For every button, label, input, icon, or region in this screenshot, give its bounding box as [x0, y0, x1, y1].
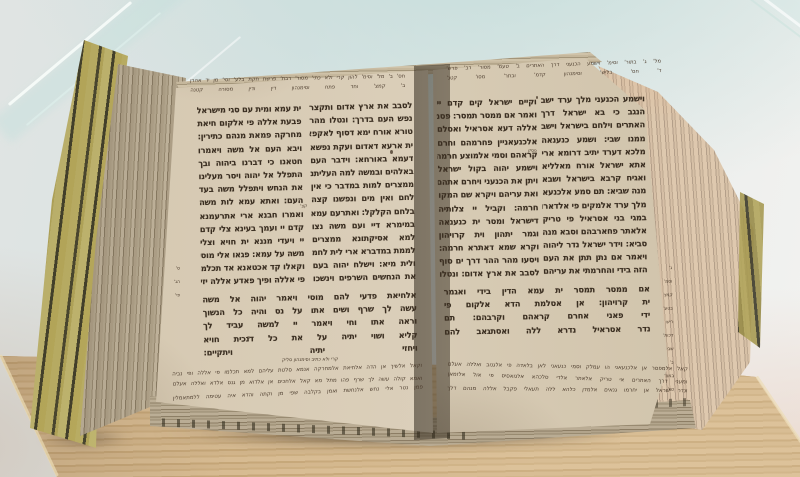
text-line: אלכנעאניין פחרמהם וחרם [437, 135, 537, 150]
text-line: הג' [157, 276, 180, 290]
text-line: שבי [649, 343, 674, 357]
text-line: ב' [649, 356, 674, 370]
left-page-margin-notes: ס'הג'פי' [158, 262, 180, 303]
text-line: את הנחשים השרפים וינשכו [313, 270, 416, 286]
text-line: מלך ערד אלמקים פי אלדארום [542, 198, 646, 213]
text-line: מנה שביא: תם סמע אלכנעאני [542, 184, 646, 199]
photo-scene: חס' ב' מל' וסימ' להון קרי ולא כתי' מסור'… [0, 0, 800, 477]
text-line: בטע' [648, 302, 673, 316]
right-page-bottom-block: אם ממסר תמסר ית עמא הדין בידי ואגמרית קר… [444, 282, 651, 338]
text-line: כת' [650, 383, 675, 397]
right-page-intercolumn-gloss: פסק [528, 148, 537, 153]
text-line: פי אללה ופיך פאדע אללה יזיל [201, 273, 305, 289]
text-line: ואת עריהם ויקרא שם המקום [438, 188, 538, 203]
right-page-column-left: וקיים ישראל קים קדם ייואמר אם ממסר תמסר:… [437, 95, 540, 281]
text-line: קמץ [648, 289, 673, 303]
text-line: אללה דעא אסראיל ואסלם [437, 122, 537, 137]
left-page-intercolumn-gloss: קצ' [300, 204, 307, 209]
text-line: ס' [157, 262, 180, 276]
right-page-column-right: וישמע הכנעני מלך ערד ישבהנגב כי בא ישראל… [541, 92, 648, 278]
text-line: ריש [648, 316, 673, 330]
left-page-column-right: לסבב את ארץ אדום ותקצרנפש העם בדרך: ונטל… [309, 99, 416, 286]
text-line: דכות' [649, 329, 674, 343]
text-line: לסבב את ארץ אדום: ונטלו [439, 267, 539, 282]
text-line: וסמ' [648, 275, 673, 289]
text-line: ממנו שבי: ושמע כנענאה [541, 132, 645, 147]
left-page-bottom-block: אלחיאת פדעי להם מוסי ויאמר יהוה אל משהעש… [202, 289, 417, 360]
text-line: במס' [649, 370, 674, 384]
text-line: פי' [157, 289, 180, 303]
left-page-column-left: ית עמא ומית עם סגי מישראל:פבעת אללה פי א… [197, 102, 305, 289]
text-line: הזה בידי והחרמתי את עריהם [543, 264, 647, 279]
text-line: חרמה: וקביל יי צלותיה [438, 201, 538, 216]
manuscript-book: חס' ב' מל' וסימ' להון קרי ולא כתי' מסור'… [0, 0, 800, 477]
right-page-margin-notes: ג'וסמ'קמץבטע'רישדכות'שביב'במס'כת' [648, 262, 674, 397]
text-line: האתרים וילחם בישראל וישב [541, 119, 645, 134]
text-line: ג' [648, 262, 673, 276]
